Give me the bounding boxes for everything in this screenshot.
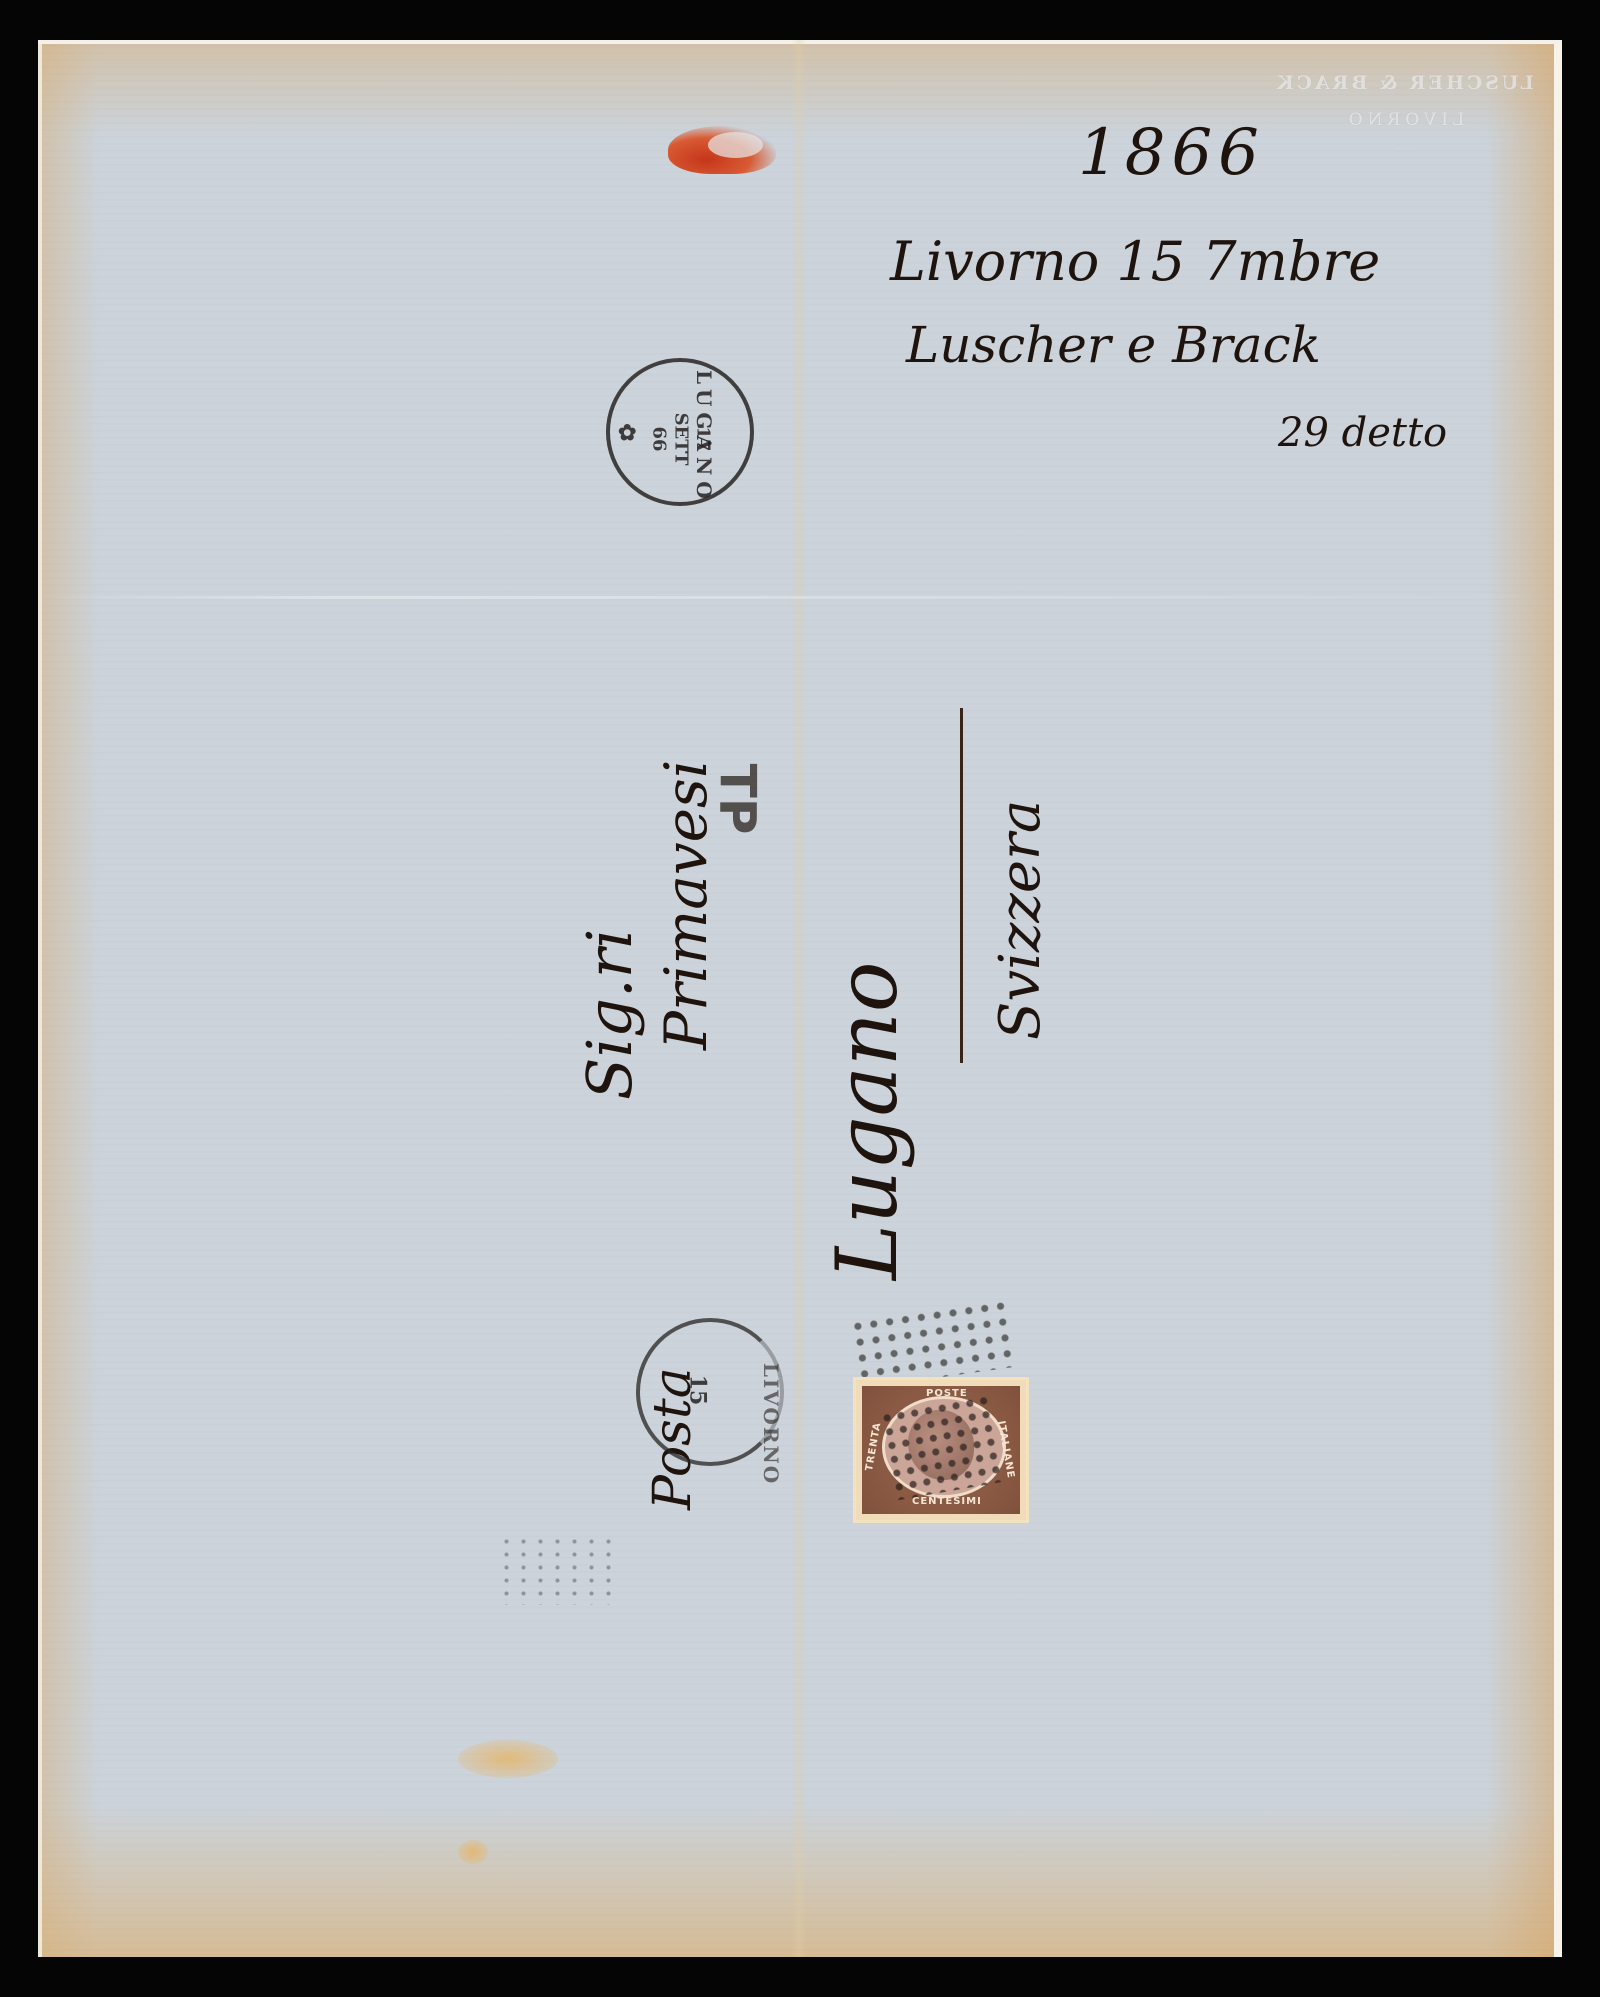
postage-stamp: POSTE ITALIANE TRENTA CENTESIMI	[856, 1380, 1026, 1520]
letterhead-firm: LUSCHER & BRACK	[1274, 72, 1534, 94]
embossed-letterhead: LUSCHER & BRACK LIVORNO ···	[1274, 72, 1534, 155]
docket-place-date: Livorno 15 7mbre	[890, 230, 1380, 293]
postmark-arrival: LUGANO 17 SETT 66 ✿	[606, 358, 754, 506]
foxing-stain	[458, 1740, 558, 1778]
postmark-departure: 15 LIVORNO	[636, 1318, 784, 1466]
letter-sheet: LUSCHER & BRACK LIVORNO ··· 1866 Livorno…	[38, 40, 1562, 1957]
numeral-cancel-grid	[849, 1297, 1017, 1389]
ink-specks	[498, 1535, 618, 1605]
foxing-stain	[458, 1840, 488, 1864]
address-country: Svizzera	[988, 800, 1053, 1040]
stamp-text-bottom: CENTESIMI	[912, 1496, 982, 1507]
postmark-town: LIVORNO	[759, 1363, 783, 1485]
postmark-date: 17 SETT 66	[647, 413, 713, 466]
docket-received: 29 detto	[1278, 410, 1447, 456]
vertical-fold	[792, 40, 806, 1957]
address-city: Lugano	[818, 962, 916, 1280]
letterhead-subline: ···	[1274, 144, 1534, 155]
wax-seal-remnant	[668, 126, 776, 174]
stamp-cancel	[879, 1393, 1003, 1501]
postmark-date: 15	[685, 1375, 709, 1406]
address-salutation: Sig.ri	[573, 929, 646, 1100]
docket-year: 1866	[1078, 116, 1265, 190]
city-underline	[960, 708, 963, 1063]
docket-firm: Luscher e Brack	[906, 316, 1321, 374]
rosette-icon: ✿	[618, 420, 636, 446]
letterhead-city: LIVORNO	[1274, 110, 1534, 130]
horizontal-fold	[38, 596, 1562, 599]
address-name: Primavesi	[652, 760, 720, 1050]
